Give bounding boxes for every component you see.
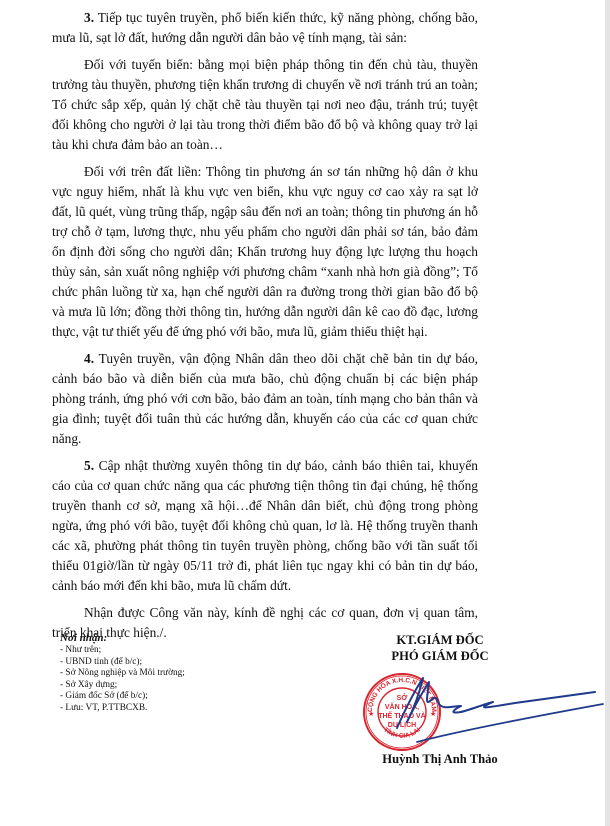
paragraph-4: 4. Tuyên truyền, vận động Nhân dân theo … bbox=[52, 349, 478, 449]
paragraph-mainland: Đối với trên đất liền: Thông tin phương … bbox=[52, 162, 478, 342]
recipient-item: - Như trên; bbox=[60, 645, 300, 657]
paragraph-sea-route: Đối với tuyến biển: bằng mọi biện pháp t… bbox=[52, 55, 478, 155]
svg-text:★: ★ bbox=[368, 710, 374, 718]
recipient-item: - UBND tỉnh (để b/c); bbox=[60, 657, 300, 669]
recipient-item: - Sở Xây dựng; bbox=[60, 680, 300, 692]
paragraph-5: 5. Cập nhật thường xuyên thông tin dự bá… bbox=[52, 456, 478, 596]
signer-name: Huỳnh Thị Anh Thảo bbox=[360, 752, 520, 767]
paragraph-number: 5. bbox=[84, 458, 94, 473]
paragraph-3: 3. Tiếp tục tuyên truyền, phổ biến kiến … bbox=[52, 8, 478, 48]
recipient-item: - Lưu: VT, P.TTBCXB. bbox=[60, 703, 300, 715]
document-body: 3. Tiếp tục tuyên truyền, phổ biến kiến … bbox=[52, 8, 478, 650]
recipient-item: - Giám đốc Sở (để b/c); bbox=[60, 691, 300, 703]
signature-icon bbox=[395, 670, 605, 750]
paragraph-number: 4. bbox=[84, 351, 94, 366]
paragraph-number: 3. bbox=[84, 10, 94, 25]
recipients-block: Nơi nhận: - Như trên; - UBND tỉnh (để b/… bbox=[60, 632, 300, 714]
signer-title: KT.GIÁM ĐỐC PHÓ GIÁM ĐỐC bbox=[355, 632, 525, 664]
scrollbar[interactable] bbox=[605, 0, 610, 826]
recipients-title: Nơi nhận: bbox=[60, 632, 300, 645]
document-page: 3. Tiếp tục tuyên truyền, phổ biến kiến … bbox=[0, 0, 605, 826]
recipient-item: - Sở Nông nghiệp và Môi trường; bbox=[60, 668, 300, 680]
